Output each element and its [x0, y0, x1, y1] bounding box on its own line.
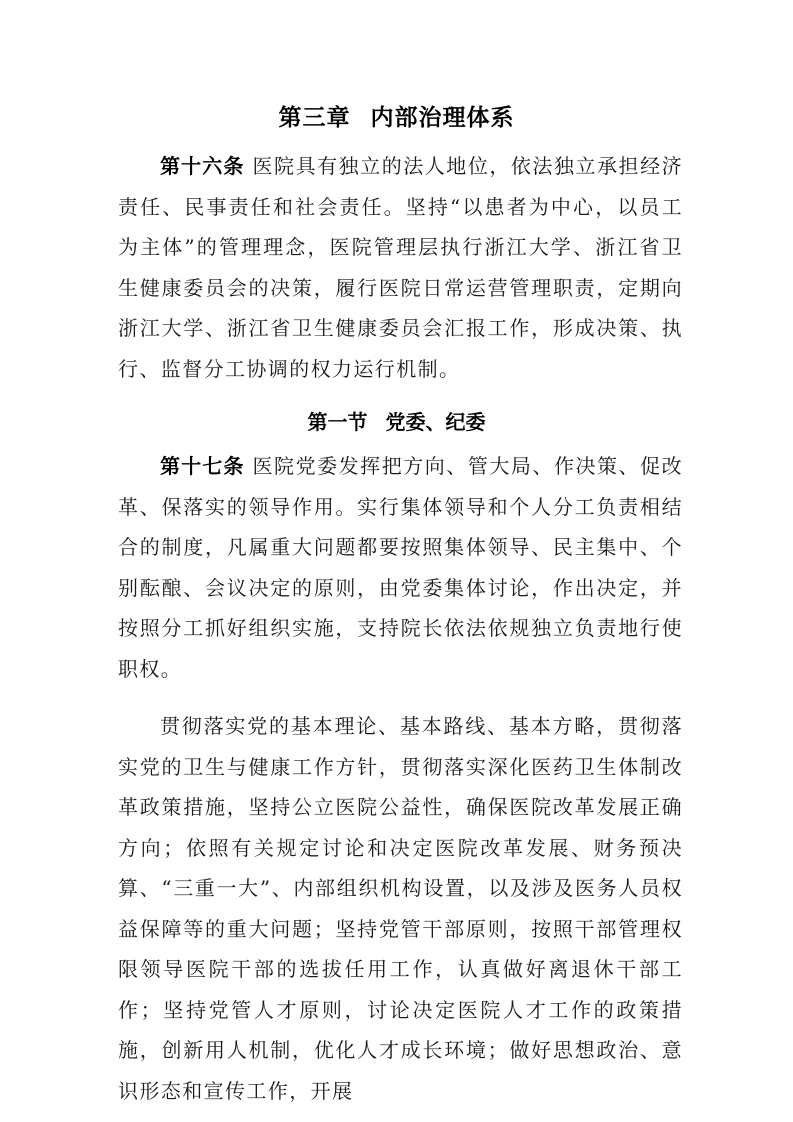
- article-number: 第十六条: [160, 154, 245, 178]
- article-number: 第十七条: [160, 454, 245, 478]
- chapter-number: 第三章: [279, 105, 351, 131]
- article-16-paragraph: 第十六条医院具有独立的法人地位，依法独立承担经济责任、民事责任和社会责任。坚持“…: [118, 146, 683, 389]
- section-name: 党委、纪委: [386, 410, 486, 434]
- article-text: 医院党委发挥把方向、管大局、作决策、促改革、保落实的领导作用。实行集体领导和个人…: [118, 454, 683, 681]
- chapter-name: 内部治理体系: [371, 105, 515, 131]
- section-title: 第一节党委、纪委: [0, 402, 793, 442]
- section-number: 第一节: [308, 410, 368, 434]
- chapter-title: 第三章内部治理体系: [0, 98, 793, 138]
- continuation-paragraph: 贯彻落实党的基本理论、基本路线、基本方略，贯彻落实党的卫生与健康工作方针，贯彻落…: [118, 706, 683, 1111]
- article-text: 医院具有独立的法人地位，依法独立承担经济责任、民事责任和社会责任。坚持“以患者为…: [118, 154, 683, 381]
- document-page: 第三章内部治理体系 第十六条医院具有独立的法人地位，依法独立承担经济责任、民事责…: [0, 0, 793, 1122]
- article-17-paragraph: 第十七条医院党委发挥把方向、管大局、作决策、促改革、保落实的领导作用。实行集体领…: [118, 446, 683, 689]
